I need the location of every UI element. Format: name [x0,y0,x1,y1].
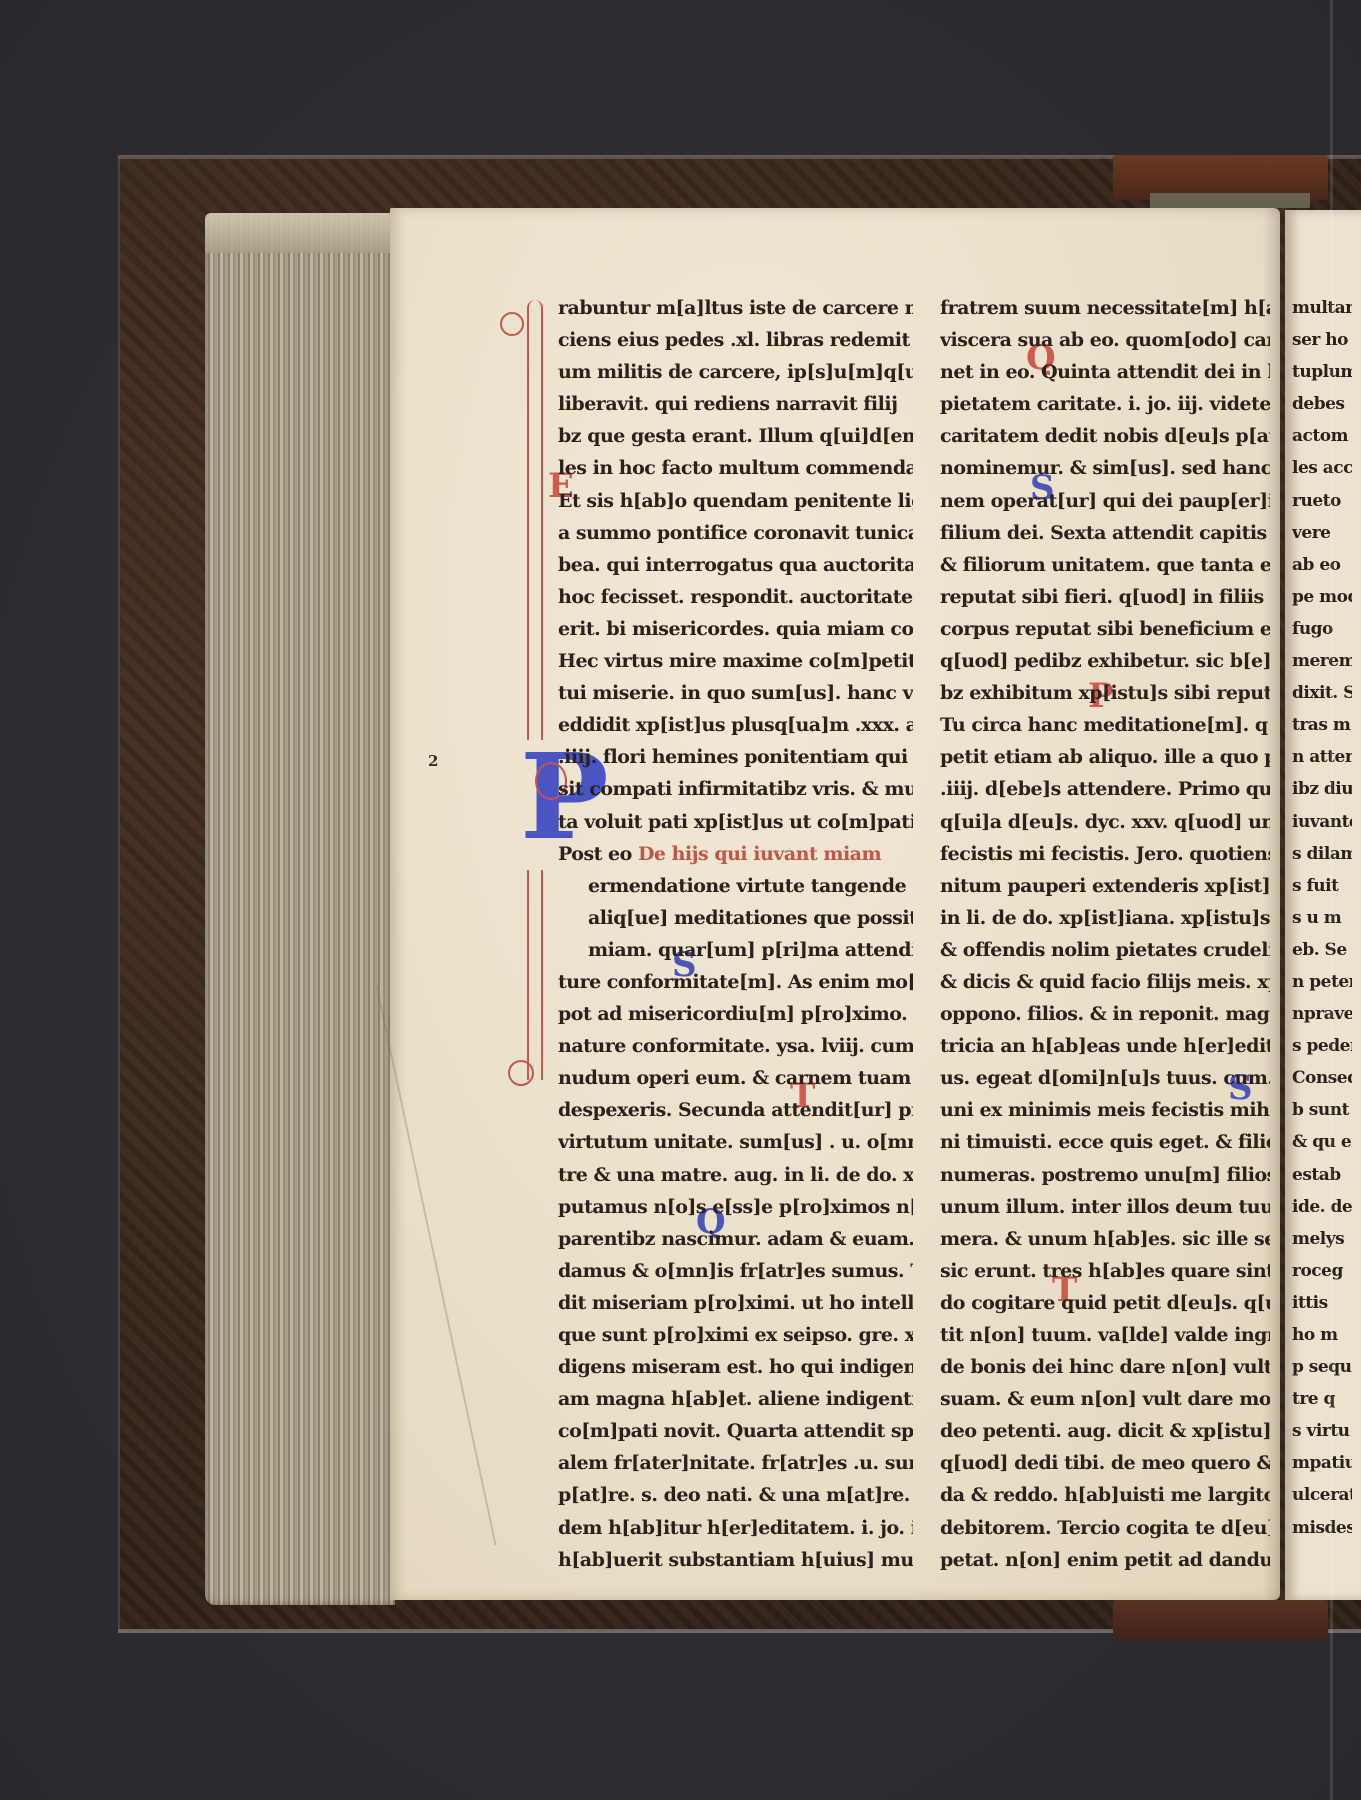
text-line: um militis de carcere, ip[s]u[m]q[ue] a … [558,356,913,388]
text-fragment: tuplum [1292,356,1352,388]
text-fragment: estab [1292,1159,1352,1191]
text-fragment: multam [1292,292,1352,324]
text-fragment: actom [1292,420,1352,452]
text-line: uni ex minimis meis fecistis mihi fecist… [940,1094,1270,1126]
text-line: deo petenti. aug. dicit & xp[istu]s. da … [940,1415,1270,1447]
text-line: miam. quar[um] p[ri]ma attenditur circa … [558,934,913,966]
text-line: virtutum unitate. sum[us] . u. o[mn]is e… [558,1126,913,1158]
text-line: reputat sibi fieri. q[uod] in filiis fit… [940,581,1270,613]
text-line: filium dei. Sexta attendit capitis [940,517,1270,549]
text-line: mera. & unum h[ab]es. sic ille sed d[eu]… [940,1223,1270,1255]
text-fragment: tre q [1292,1383,1352,1415]
text-fragment: fugo [1292,613,1352,645]
penwork-swirl-bottom [508,1060,534,1086]
text-fragment: tras m [1292,709,1352,741]
text-line: nature conformitate. ysa. lviij. cum vid… [558,1030,913,1062]
text-fragment: n petent [1292,966,1352,998]
text-line: oppono. filios. & in reponit. magna mi [940,998,1270,1030]
penwork-swirl-top [500,312,524,336]
text-fragment: les acco [1292,452,1352,484]
text-line: pot ad misericordiu[m] p[ro]ximo. his es… [558,998,913,1030]
text-fragment: dixit. Se [1292,677,1352,709]
text-line: bz exhibitum xp[istu]s sibi reputat exhi… [940,677,1270,709]
text-line: ture conformitate[m]. As enim mo[ve]ri [558,966,913,998]
text-line: nem operat[ur] qui dei paup[er]i eo q[uo… [940,485,1270,517]
text-fragment: merem [1292,645,1352,677]
text-line: fecistis mi fecistis. Jero. quotiens ali… [940,838,1270,870]
text-column-b: fratrem suum necessitate[m] h[ab]ere & c… [940,292,1270,1576]
text-line: tui miserie. in quo sum[us]. hanc virtut… [558,677,913,709]
marginal-mark: 2 [428,752,438,770]
text-fragment: roceg [1292,1255,1352,1287]
text-line: alem fr[ater]nitate. fr[atr]es .u. sum[u… [558,1447,913,1479]
text-line: da & reddo. h[ab]uisti me largitorem fac… [940,1479,1270,1511]
text-line: debitorem. Tercio cogita te d[eu]s ad [940,1512,1270,1544]
text-line: tricia an h[ab]eas unde h[er]editet fili… [940,1030,1270,1062]
text-fragment: misdes [1292,1512,1352,1544]
text-line: q[uod] pedibz exhibetur. sic b[e]n[e]fic… [940,645,1270,677]
text-line: liberavit. qui rediens narravit filij [558,388,913,420]
text-fragment: n atten [1292,741,1352,773]
red-penwork-flourish [527,300,543,740]
text-line: damus & o[mn]is fr[atr]es sumus. Tercia … [558,1255,913,1287]
text-fragment: s u m [1292,902,1352,934]
glass-plate-reflection [1330,0,1333,1800]
text-fragment: ide. de [1292,1191,1352,1223]
text-fragment: Post eo [558,843,632,865]
page-block-fore-edge [205,213,395,1605]
text-line: despexeris. Secunda attendit[ur] princip… [558,1094,913,1126]
text-line: hoc fecisset. respondit. auctoritate ill… [558,581,913,613]
text-fragment: Conseq [1292,1062,1352,1094]
text-fragment: mpatiu [1292,1447,1352,1479]
text-fragment: pe modo [1292,581,1352,613]
text-line: bz que gesta erant. Illum q[ui]d[em] sp[… [558,420,913,452]
text-line: rabuntur m[a]ltus iste de carcere mortis… [558,292,913,324]
text-fragment: rueto [1292,485,1352,517]
text-line: net in eo. Quinta attendit dei in ho[mi]… [940,356,1270,388]
text-line: erit. bi misericordes. quia miam consequ… [558,613,913,645]
text-fragment: melys [1292,1223,1352,1255]
text-fragment: ittis [1292,1287,1352,1319]
page-block-top-corner [205,213,415,253]
text-line: tre & una matre. aug. in li. de do. xp[i… [558,1159,913,1191]
text-line: de bonis dei hinc dare n[on] vult ad ill… [940,1351,1270,1383]
text-fragment: ser ho [1292,324,1352,356]
text-line: do cogitare quid petit d[eu]s. q[ui]a su… [940,1287,1270,1319]
text-line: q[uod] dedi tibi. de meo quero & tu n[on… [940,1447,1270,1479]
text-fragment: b sunt [1292,1094,1352,1126]
text-line: .iiij. d[ebe]s attendere. Primo quis pet… [940,773,1270,805]
text-fragment: iuvante [1292,806,1352,838]
text-line: fratrem suum necessitate[m] h[ab]ere & c… [940,292,1270,324]
text-fragment: ulcerat [1292,1479,1352,1511]
text-line: nitum pauperi extenderis xp[ist]um cogit… [940,870,1270,902]
text-line: eddidit xp[ist]us plusq[ua]m .xxx. annis… [558,709,913,741]
text-line: pietatem caritate. i. jo. iij. videte qu… [940,388,1270,420]
text-line: caritatem dedit nobis d[eu]s p[ate]r ut … [940,420,1270,452]
text-line: que sunt p[ro]ximi ex seipso. gre. xix. … [558,1319,913,1351]
text-fragment: s dilam [1292,838,1352,870]
text-line: am magna h[ab]et. aliene indigentie [558,1383,913,1415]
text-line: bea. qui interrogatus qua auctoritate [558,549,913,581]
text-line: ciens eius pedes .xl. libras redemit fil… [558,324,913,356]
text-column-a: rabuntur m[a]ltus iste de carcere mortis… [558,292,913,1576]
text-line: & offendis nolim pietates crudelitate [940,934,1270,966]
text-line: ni timuisti. ecce quis eget. & filios tu… [940,1126,1270,1158]
text-line: in li. de do. xp[ist]iana. xp[istu]s pet… [940,902,1270,934]
text-line: sic erunt. tres h[ab]es quare sint. Secu… [940,1255,1270,1287]
text-line: suam. & eum n[on] vult dare modicu[m] pa… [940,1383,1270,1415]
red-penwork-flourish-lower [527,870,543,1080]
text-line: parentibz nascimur. adam & euam. meren [558,1223,913,1255]
rubric-heading: De hijs qui iuvant miam [638,843,881,865]
text-line: dit miseriam p[ro]ximi. ut ho intelligat [558,1287,913,1319]
text-line: petit etiam ab aliquo. ille a quo petit [940,741,1270,773]
text-line: putamus n[o]s e[ss]e p[ro]ximos n[ost]r[… [558,1191,913,1223]
text-fragment: s pedem [1292,1030,1352,1062]
text-fragment: eb. Se [1292,934,1352,966]
text-fragment: s virtu [1292,1415,1352,1447]
text-line: dem h[ab]itur h[er]editatem. i. jo. iij.… [558,1512,913,1544]
spine-textile [1150,193,1310,208]
text-line: les in hoc facto multum commendabat eum [558,452,913,484]
right-board-bottom [1113,1600,1328,1640]
text-column-c-partial: multam ser ho tuplum debes actom les acc… [1292,292,1352,1544]
text-line: co[m]pati novit. Quarta attendit sp[irit… [558,1415,913,1447]
text-fragment: s fuit [1292,870,1352,902]
text-line: .iiij. flori hemines ponitentiam qui i[n… [558,741,913,773]
text-line: digens miseram est. ho qui indigenti [558,1351,913,1383]
text-line: Hec virtus mire maxime co[m]petit sta [558,645,913,677]
text-fragment: nprave [1292,998,1352,1030]
text-fragment: ab eo [1292,549,1352,581]
text-line: & filiorum unitatem. que tanta est q[uod… [940,549,1270,581]
text-line: q[ui]a d[eu]s. dyc. xxv. q[uod] uni ex m… [940,806,1270,838]
text-line: unum illum. inter illos deum tuum nu [940,1191,1270,1223]
text-line: corpus reputat sibi beneficium exhibi [940,613,1270,645]
text-line: tit n[on] tuum. va[lde] valde ingratus e… [940,1319,1270,1351]
text-line: nominemur. & sim[us]. sed hanc meditatio [940,452,1270,484]
text-fragment: p sequen [1292,1351,1352,1383]
text-line: p[at]re. s. deo nati. & una m[at]re. s. … [558,1479,913,1511]
text-line: h[ab]uerit substantiam h[uius] mundi & v… [558,1544,913,1576]
text-line: ermendatione virtute tangende sunt [558,870,913,902]
text-fragment: debes [1292,388,1352,420]
text-line: us. egeat d[omi]n[u]s tuus. cum. n. lege… [940,1062,1270,1094]
text-line: sit compati infirmitatibz vris. & mul [558,773,913,805]
text-line: viscera sua ab eo. quom[odo] caritas dei… [940,324,1270,356]
text-fragment: vere [1292,517,1352,549]
text-line: & dicis & quid facio filijs meis. xp[ist… [940,966,1270,998]
text-line: numeras. postremo unu[m] filios tuos ad [940,1159,1270,1191]
text-line-with-rubric: Post eo De hijs qui iuvant miam [558,838,913,870]
text-fragment: & qu ef [1292,1126,1352,1158]
text-line: petat. n[on] enim petit ad dandum. h[ab] [940,1544,1270,1576]
text-line: Tu circa hanc meditatione[m]. q[uod] si … [940,709,1270,741]
text-line: Et sis h[ab]o quendam penitente ligatum [558,485,913,517]
text-line: aliq[ue] meditationes que possit iuvare [558,902,913,934]
text-fragment: ho m [1292,1319,1352,1351]
text-fragment: ibz diu [1292,773,1352,805]
text-line: ta voluit pati xp[ist]us ut co[m]pati sc… [558,806,913,838]
text-line: a summo pontifice coronavit tunica plu [558,517,913,549]
text-line: nudum operi eum. & carnem tuam ne [558,1062,913,1094]
